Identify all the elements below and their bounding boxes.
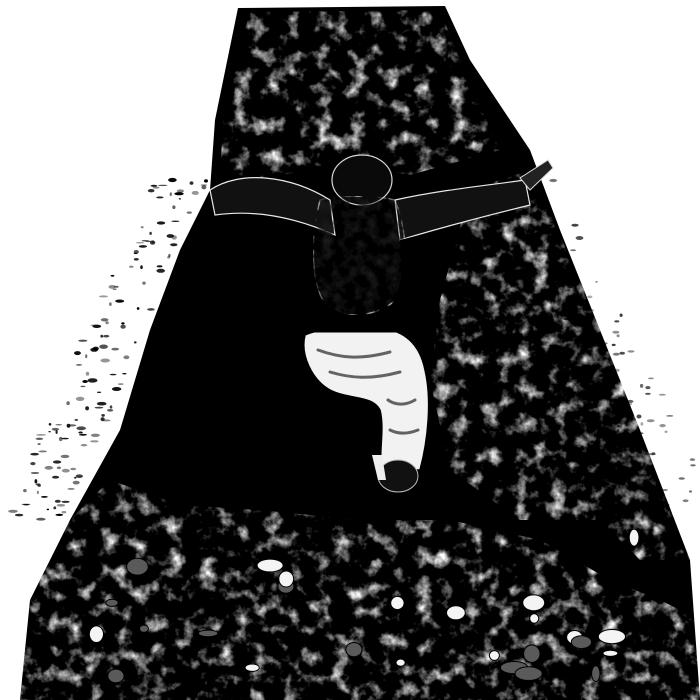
jacket-back	[313, 196, 405, 315]
trench-photograph	[0, 0, 700, 700]
